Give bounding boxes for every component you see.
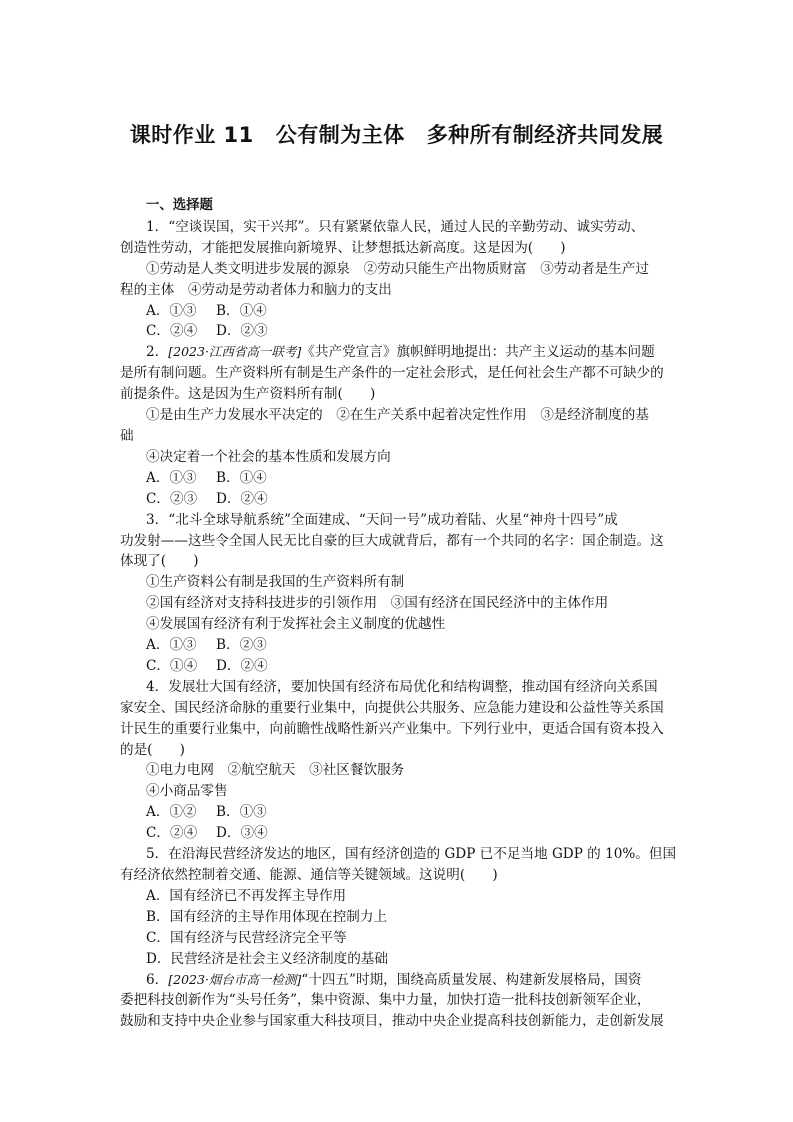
option-b[interactable]: B．①③ (216, 802, 286, 823)
question-5: 5．在沿海民营经济发达的地区，国有经济创造的 GDP 已不足当地 GDP 的 1… (120, 844, 676, 969)
question-text: 体现了( ) (120, 551, 676, 572)
option-c[interactable]: C．国有经济与民营经济完全平等 (120, 928, 676, 949)
question-number: 6． (146, 972, 168, 988)
option-b[interactable]: B．①④ (216, 301, 286, 322)
option-c[interactable]: C．①④ (146, 656, 216, 677)
option-a[interactable]: A．①③ (146, 468, 216, 489)
statement: ②国有经济对支持科技进步的引领作用 ③国有经济在国民经济中的主体作用 (120, 593, 676, 614)
question-text: 计民生的重要行业集中，向前瞻性战略性新兴产业集中。下列行业中，更适合国有资本投入 (120, 719, 676, 740)
option-c[interactable]: C．②③ (146, 489, 216, 510)
statement: ④决定着一个社会的基本性质和发展方向 (120, 447, 676, 468)
question-source: [2023·江西省高一联考] (168, 344, 301, 359)
page-title: 课时作业 11公有制为主体多种所有制经济共同发展 (0, 119, 793, 149)
question-text: 1．“空谈误国，实干兴邦”。只有紧紧依靠人民，通过人民的辛勤劳动、诚实劳动、 (120, 217, 676, 238)
options-row: C．①④D．②④ (120, 656, 676, 677)
question-2: 2．[2023·江西省高一联考]《共产党宣言》旗帜鲜明地提出：共产主义运动的基本… (120, 342, 676, 509)
options-row: A．①③B．①④ (120, 468, 676, 489)
question-text: 3．“北斗全球导航系统”全面建成、“天问一号”成功着陆、火星“神舟十四号”成 (120, 510, 676, 531)
option-d[interactable]: D．②④ (216, 656, 286, 677)
statement: ④发展国有经济有利于发挥社会主义制度的优越性 (120, 614, 676, 635)
statement: ①是由生产力发展水平决定的 ②在生产关系中起着决定性作用 ③是经济制度的基 (120, 405, 676, 426)
question-text: 创造性劳动，才能把发展推向新境界、让梦想抵达新高度。这是因为( ) (120, 238, 676, 259)
option-a[interactable]: A．①③ (146, 635, 216, 656)
statement: ①生产资料公有制是我国的生产资料所有制 (120, 572, 676, 593)
option-b[interactable]: B．国有经济的主导作用体现在控制力上 (120, 907, 676, 928)
option-a[interactable]: A．国有经济已不再发挥主导作用 (120, 886, 676, 907)
question-text: 委把科技创新作为“头号任务”，集中资源、集中力量，加快打造一批科技创新领军企业， (120, 990, 676, 1011)
title-part1: 公有制为主体 (276, 123, 405, 147)
question-number: 2． (146, 344, 168, 360)
option-c[interactable]: C．②④ (146, 321, 216, 342)
question-text: 6．[2023·烟台市高一检测]“十四五”时期，围绕高质量发展、构建新发展格局，… (120, 970, 676, 991)
question-6: 6．[2023·烟台市高一检测]“十四五”时期，围绕高质量发展、构建新发展格局，… (120, 970, 676, 1033)
question-text: 5．在沿海民营经济发达的地区，国有经济创造的 GDP 已不足当地 GDP 的 1… (120, 844, 676, 865)
question-text: 4．发展壮大国有经济，要加快国有经济布局优化和结构调整，推动国有经济向关系国 (120, 677, 676, 698)
section-heading: 一、选择题 (120, 196, 676, 217)
options-row: C．②④D．②③ (120, 321, 676, 342)
option-b[interactable]: B．②③ (216, 635, 286, 656)
question-text: 前提条件。这是因为生产资料所有制( ) (120, 384, 676, 405)
statement: 础 (120, 426, 676, 447)
options-row: A．①③B．①④ (120, 301, 676, 322)
statement: ①劳动是人类文明进步发展的源泉 ②劳动只能生产出物质财富 ③劳动者是生产过 (120, 259, 676, 280)
option-a[interactable]: A．①② (146, 802, 216, 823)
question-text: 2．[2023·江西省高一联考]《共产党宣言》旗帜鲜明地提出：共产主义运动的基本… (120, 342, 676, 363)
option-c[interactable]: C．②④ (146, 823, 216, 844)
options-row: A．①②B．①③ (120, 802, 676, 823)
option-b[interactable]: B．①④ (216, 468, 286, 489)
question-3: 3．“北斗全球导航系统”全面建成、“天问一号”成功着陆、火星“神舟十四号”成 功… (120, 510, 676, 677)
options-row: C．②③D．②④ (120, 489, 676, 510)
options-row: C．②④D．③④ (120, 823, 676, 844)
document-body: 一、选择题 1．“空谈误国，实干兴邦”。只有紧紧依靠人民，通过人民的辛勤劳动、诚… (120, 196, 676, 1032)
question-text: 鼓励和支持中央企业参与国家重大科技项目，推动中央企业提高科技创新能力，走创新发展 (120, 1011, 676, 1032)
statement: ①电力电网 ②航空航天 ③社区餐饮服务 (120, 760, 676, 781)
question-text: 的是( ) (120, 740, 676, 761)
title-part2: 多种所有制经济共同发展 (427, 123, 664, 147)
options-row: A．①③B．②③ (120, 635, 676, 656)
option-d[interactable]: D．②④ (216, 489, 286, 510)
statement: ④小商品零售 (120, 781, 676, 802)
option-d[interactable]: D．民营经济是社会主义经济制度的基础 (120, 949, 676, 970)
question-text: 有经济依然控制着交通、能源、通信等关键领域。这说明( ) (120, 865, 676, 886)
question-text-line: “十四五”时期，围绕高质量发展、构建新发展格局，国资 (301, 972, 641, 988)
question-text: 功发射——这些令全国人民无比自豪的巨大成就背后，都有一个共同的名字：国企制造。这 (120, 531, 676, 552)
question-text-line: 《共产党宣言》旗帜鲜明地提出：共产主义运动的基本问题 (301, 344, 654, 360)
statement: 程的主体 ④劳动是劳动者体力和脑力的支出 (120, 280, 676, 301)
option-a[interactable]: A．①③ (146, 301, 216, 322)
question-source: [2023·烟台市高一检测] (168, 972, 301, 987)
title-lesson: 课时作业 11 (130, 123, 254, 147)
question-text: 家安全、国民经济命脉的重要行业集中，向提供公共服务、应急能力建设和公益性等关系国 (120, 698, 676, 719)
option-d[interactable]: D．②③ (216, 321, 286, 342)
question-4: 4．发展壮大国有经济，要加快国有经济布局优化和结构调整，推动国有经济向关系国 家… (120, 677, 676, 844)
question-text: 是所有制问题。生产资料所有制是生产条件的一定社会形式，是任何社会生产都不可缺少的 (120, 363, 676, 384)
question-1: 1．“空谈误国，实干兴邦”。只有紧紧依靠人民，通过人民的辛勤劳动、诚实劳动、 创… (120, 217, 676, 342)
option-d[interactable]: D．③④ (216, 823, 286, 844)
